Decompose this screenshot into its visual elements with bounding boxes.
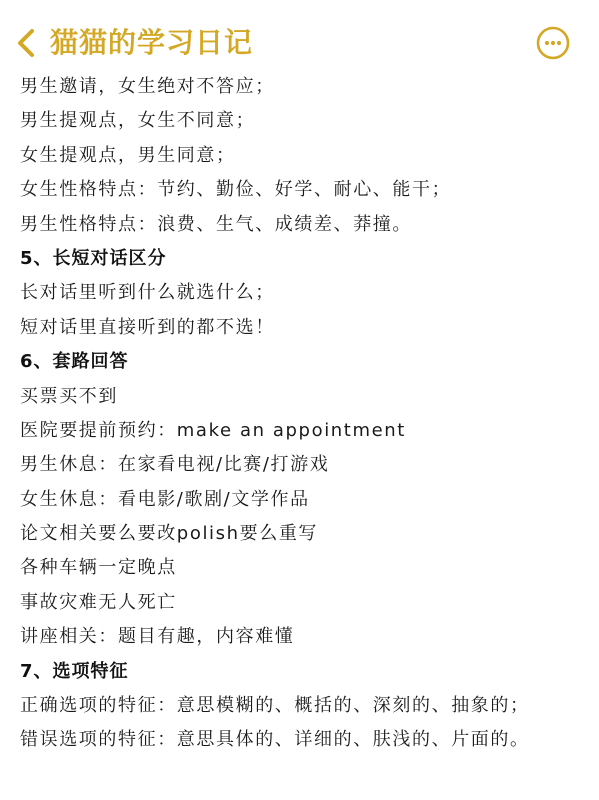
section-heading: 5、长短对话区分 xyxy=(20,242,590,276)
text-line: 错误选项的特征：意思具体的、详细的、肤浅的、片面的。 xyxy=(20,723,590,757)
section-heading: 6、套路回答 xyxy=(20,345,590,379)
text-line: 女生提观点，男生同意； xyxy=(20,139,590,173)
note-content: 男生邀请，女生绝对不答应； 男生提观点，女生不同意； 女生提观点，男生同意； 女… xyxy=(20,70,590,758)
top-nav-bar: 猫猫的学习日记 xyxy=(0,0,599,80)
back-button[interactable] xyxy=(14,26,40,60)
text-line: 男生休息：在家看电视/比赛/打游戏 xyxy=(20,448,590,482)
text-line: 正确选项的特征：意思模糊的、概括的、深刻的、抽象的； xyxy=(20,689,590,723)
more-options-button[interactable] xyxy=(536,26,570,60)
chevron-left-icon xyxy=(14,26,40,60)
text-line: 讲座相关：题目有趣，内容难懂 xyxy=(20,620,590,654)
section-heading: 7、选项特征 xyxy=(20,655,590,689)
text-line: 女生性格特点：节约、勤俭、好学、耐心、能干； xyxy=(20,173,590,207)
page-title: 猫猫的学习日记 xyxy=(50,24,253,62)
text-line: 事故灾难无人死亡 xyxy=(20,586,590,620)
text-line: 医院要提前预约：make an appointment xyxy=(20,414,590,448)
text-line: 男生提观点，女生不同意； xyxy=(20,104,590,138)
text-line: 买票买不到 xyxy=(20,380,590,414)
text-line: 短对话里直接听到的都不选！ xyxy=(20,311,590,345)
text-line: 男生邀请，女生绝对不答应； xyxy=(20,70,590,104)
text-line: 长对话里听到什么就选什么； xyxy=(20,276,590,310)
text-line: 各种车辆一定晚点 xyxy=(20,551,590,585)
more-dots-circle-icon xyxy=(536,26,570,60)
text-line: 论文相关要么要改polish要么重写 xyxy=(20,517,590,551)
text-line: 女生休息：看电影/歌剧/文学作品 xyxy=(20,483,590,517)
text-line: 男生性格特点：浪费、生气、成绩差、莽撞。 xyxy=(20,208,590,242)
